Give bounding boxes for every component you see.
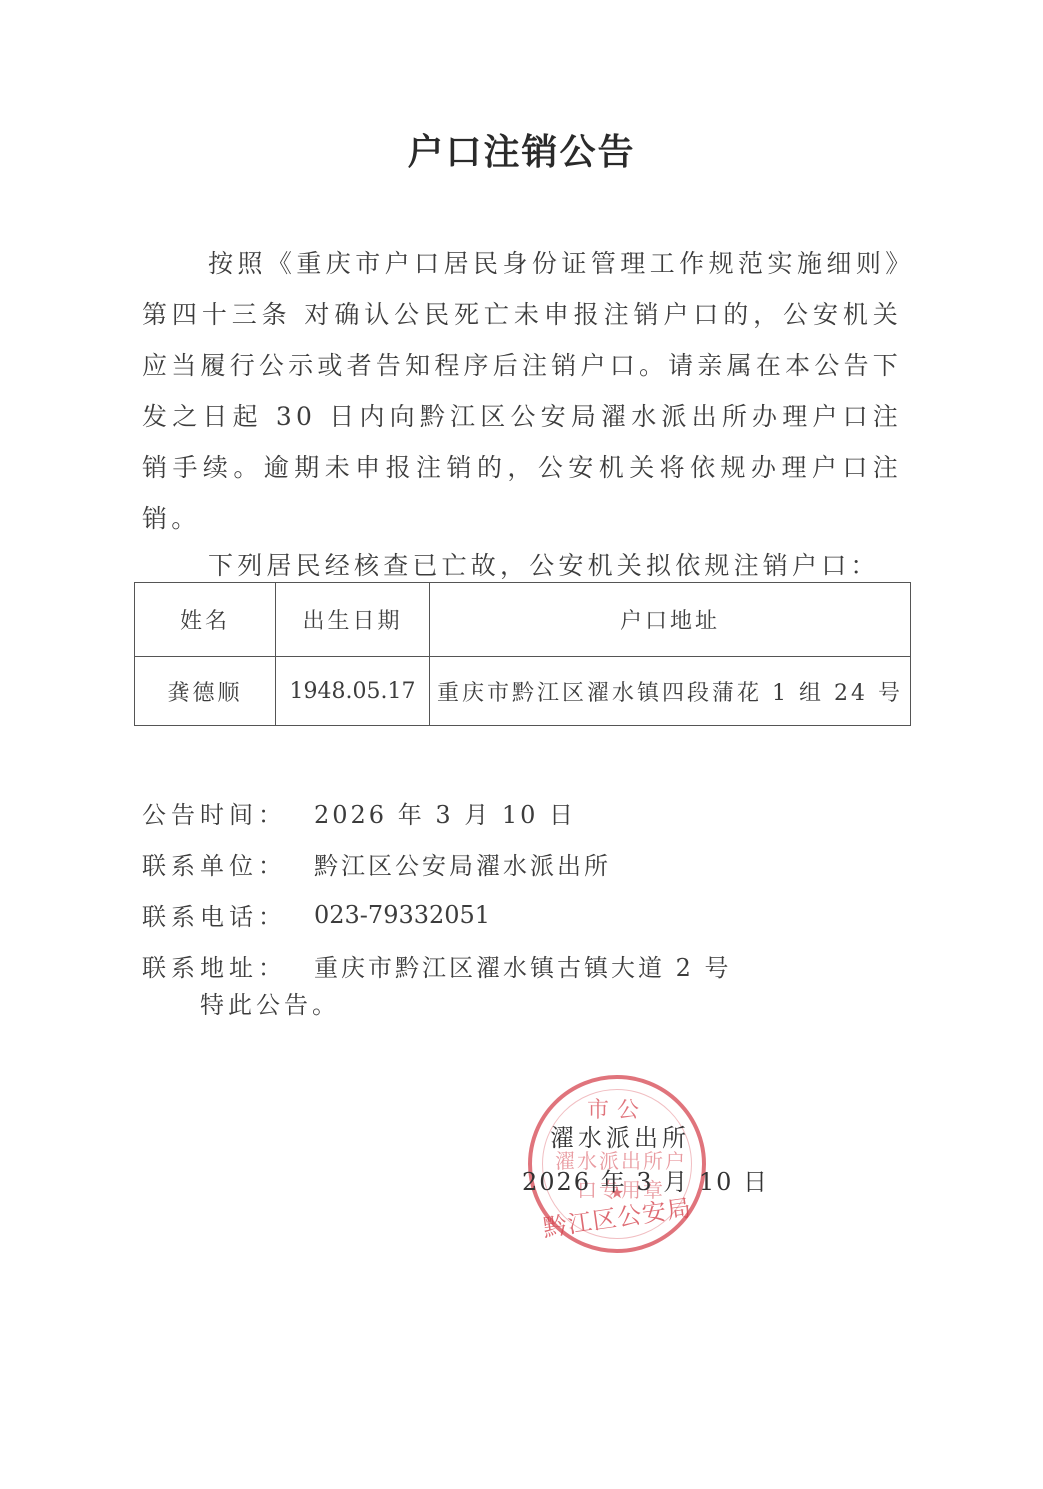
info-value: 023-79332051 — [314, 901, 490, 929]
info-value: 2026 年 3 月 10 日 — [314, 795, 576, 830]
table-row: 龚德顺 1948.05.17 重庆市黔江区濯水镇四段蒲花 1 组 24 号 — [135, 657, 911, 726]
cell-address: 重庆市黔江区濯水镇四段蒲花 1 组 24 号 — [430, 657, 911, 726]
deregistration-table: 姓名 出生日期 户口地址 龚德顺 1948.05.17 重庆市黔江区濯水镇四段蒲… — [134, 582, 911, 726]
signature-unit: 濯水派出所 — [550, 1118, 690, 1153]
info-row-phone: 联系电话： 023-79332051 — [142, 889, 732, 940]
info-value: 黔江区公安局濯水派出所 — [314, 846, 611, 881]
cell-name: 龚德顺 — [135, 657, 276, 726]
info-row-unit: 联系单位： 黔江区公安局濯水派出所 — [142, 838, 732, 889]
contact-info: 公告时间： 2026 年 3 月 10 日 联系单位： 黔江区公安局濯水派出所 … — [142, 787, 732, 991]
info-label: 联系电话： — [142, 897, 314, 932]
info-label: 公告时间： — [142, 795, 314, 830]
info-value: 重庆市黔江区濯水镇古镇大道 2 号 — [314, 948, 732, 983]
cell-birth-date: 1948.05.17 — [276, 657, 430, 726]
info-label: 联系单位： — [142, 846, 314, 881]
header-name: 姓名 — [135, 583, 276, 657]
info-label: 联系地址： — [142, 948, 314, 983]
body-paragraph-1: 按照《重庆市户口居民身份证管理工作规范实施细则》第四十三条 对确认公民死亡未申报… — [142, 238, 902, 544]
info-row-address: 联系地址： 重庆市黔江区濯水镇古镇大道 2 号 — [142, 940, 732, 991]
signature-date: 2026 年 3 月 10 日 — [522, 1162, 769, 1197]
closing-text: 特此公告。 — [200, 985, 340, 1020]
document-title: 户口注销公告 — [0, 124, 1043, 175]
header-address: 户口地址 — [430, 583, 911, 657]
info-row-date: 公告时间： 2026 年 3 月 10 日 — [142, 787, 732, 838]
header-birth-date: 出生日期 — [276, 583, 430, 657]
table-header-row: 姓名 出生日期 户口地址 — [135, 583, 911, 657]
